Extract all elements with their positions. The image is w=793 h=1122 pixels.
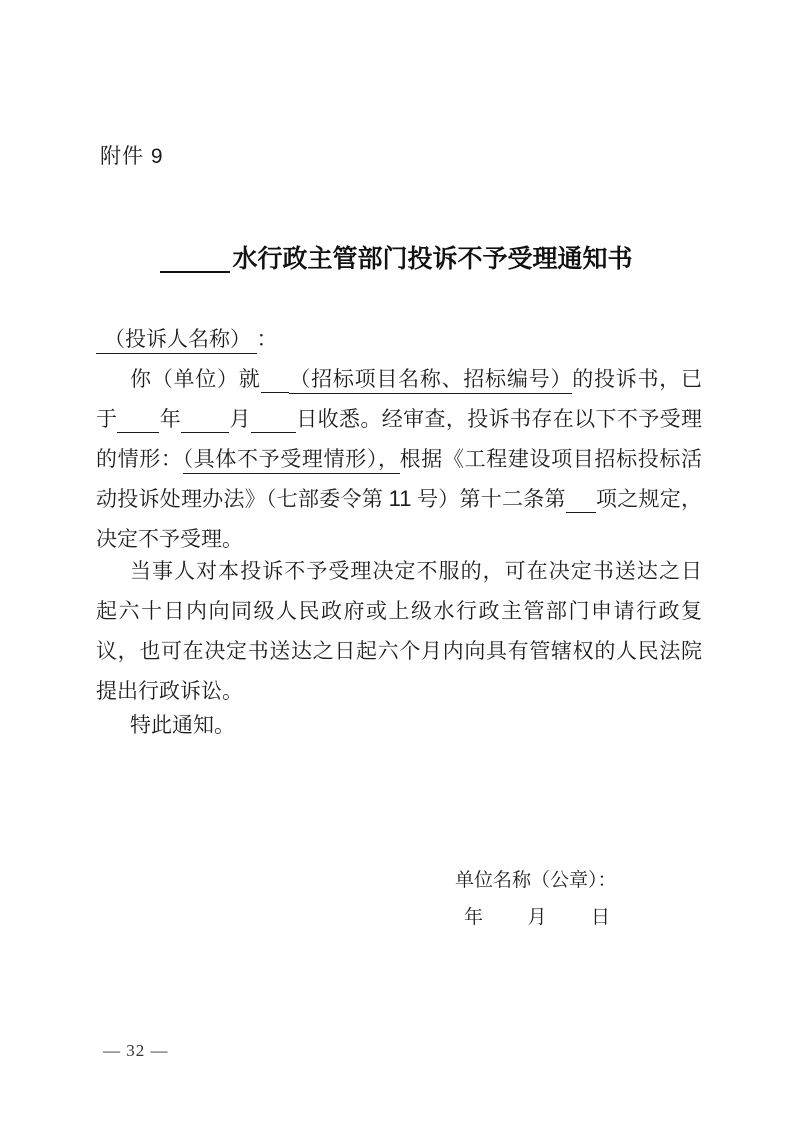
body-text: 日收悉。经审查，投诉书存在以下不予受理 [296, 407, 702, 431]
date-year-label: 年 [464, 905, 483, 931]
body-text: 月 [229, 407, 251, 431]
body-text: 决定不予受理。 [96, 527, 243, 551]
body-line: 议，也可在决定书送达之日起六个月内向具有管辖权的人民法院 [96, 636, 702, 666]
body-line: 你（单位）就（招标项目名称、招标编号）的投诉书，已 [96, 364, 702, 394]
blank-field-year [117, 432, 159, 433]
signature-date-line: 年 月 日 [464, 905, 610, 931]
body-text: 的情形： [96, 447, 183, 471]
blank-field-item [566, 512, 596, 513]
body-line: 提出行政诉讼。 [96, 676, 702, 706]
body-text: 动投诉处理办法》（七部委令第 [96, 487, 389, 511]
attachment-label: 附件 9 [100, 144, 164, 170]
document-page: 附件 9 水行政主管部门投诉不予受理通知书 （投诉人名称）： 你（单位）就（招标… [0, 0, 793, 1122]
date-day-label: 日 [591, 905, 610, 931]
body-text: 项之规定， [596, 487, 702, 511]
body-line: 于年月日收悉。经审查，投诉书存在以下不予受理 [96, 404, 702, 434]
underlined-field: （具体不予受理情形）， [183, 447, 400, 474]
body-text: 提出行政诉讼。 [96, 679, 243, 703]
body-text: 当事人对本投诉不予受理决定不服的，可在决定书送达之日 [130, 559, 702, 583]
title-blank-field [160, 271, 230, 273]
blank-field [261, 392, 289, 393]
body-text: 的投诉书，已 [572, 367, 702, 391]
underlined-field: （投诉人名称） [96, 327, 257, 354]
body-text: 年 [159, 407, 181, 431]
body-text: ： [257, 327, 278, 351]
body-line: 当事人对本投诉不予受理决定不服的，可在决定书送达之日 [96, 556, 702, 586]
body-line: 的情形：（具体不予受理情形），根据《工程建设项目招标投标活 [96, 444, 702, 474]
signature-unit-label: 单位名称（公章）： [455, 868, 617, 894]
body-text: 起六十日内向同级人民政府或上级水行政主管部门申请行政复 [96, 599, 702, 623]
body-text: 于 [96, 407, 117, 431]
blank-field-day [251, 432, 296, 433]
document-title-line: 水行政主管部门投诉不予受理通知书 [0, 241, 793, 277]
body-text: 议，也可在决定书送达之日起六个月内向具有管辖权的人民法院 [96, 639, 702, 663]
underlined-field: （招标项目名称、招标编号） [289, 367, 573, 394]
body-line: 动投诉处理办法》（七部委令第 11 号）第十二条第项之规定， [96, 484, 702, 514]
body-line: 决定不予受理。 [96, 524, 702, 554]
blank-field-month [181, 432, 229, 433]
regulation-number: 11 [389, 486, 412, 511]
document-title: 水行政主管部门投诉不予受理通知书 [232, 245, 632, 273]
body-line: 起六十日内向同级人民政府或上级水行政主管部门申请行政复 [96, 596, 702, 626]
body-line: （投诉人名称）： [96, 324, 702, 354]
body-text: 根据《工程建设项目招标投标活 [400, 447, 702, 471]
date-month-label: 月 [527, 905, 546, 931]
body-text: 特此通知。 [130, 713, 235, 737]
body-line: 特此通知。 [96, 710, 702, 740]
body-text: 你（单位）就 [130, 367, 261, 391]
page-number: — 32 — [103, 1040, 169, 1062]
body-text: 号）第十二条第 [411, 487, 565, 511]
